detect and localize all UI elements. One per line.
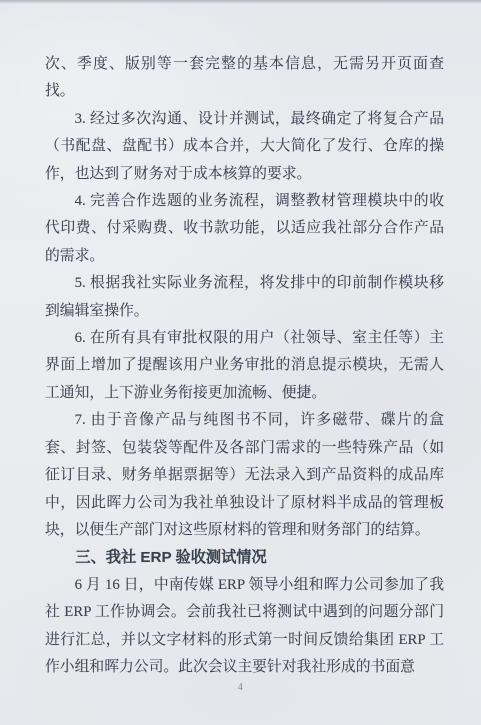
page-number: 4 bbox=[0, 682, 481, 693]
paragraph: 6 月 16 日，中南传媒 ERP 领导小组和晖力公司参加了我社 ERP 工作协… bbox=[45, 572, 444, 682]
paragraph: 5. 根据我社实际业务流程，将发排中的印前制作模块移到编辑室操作。 bbox=[45, 270, 444, 325]
document-body: 次、季度、版别等一套完整的基本信息，无需另开页面查找。3. 经过多次沟通、设计并… bbox=[45, 51, 444, 681]
paragraph: 7. 由于音像产品与纯图书不同，许多磁带、碟片的盒套、封签、包装袋等配件及各部门… bbox=[45, 407, 444, 544]
paragraph: 3. 经过多次沟通、设计并测试，最终确定了将复合产品（书配盘、盘配书）成本合并，… bbox=[45, 106, 444, 188]
paragraph: 6. 在所有具有审批权限的用户（社领导、室主任等）主界面上增加了提醒该用户业务审… bbox=[45, 325, 444, 407]
paragraph: 4. 完善合作选题的业务流程，调整教材管理模块中的收代印费、付采购费、收书款功能… bbox=[45, 188, 444, 270]
section-heading: 三、我社 ERP 验收测试情况 bbox=[45, 544, 444, 571]
paragraph: 次、季度、版别等一套完整的基本信息，无需另开页面查找。 bbox=[45, 51, 444, 106]
scan-edge-shadow bbox=[0, 0, 481, 4]
scanned-document-page: 次、季度、版别等一套完整的基本信息，无需另开页面查找。3. 经过多次沟通、设计并… bbox=[0, 0, 481, 725]
